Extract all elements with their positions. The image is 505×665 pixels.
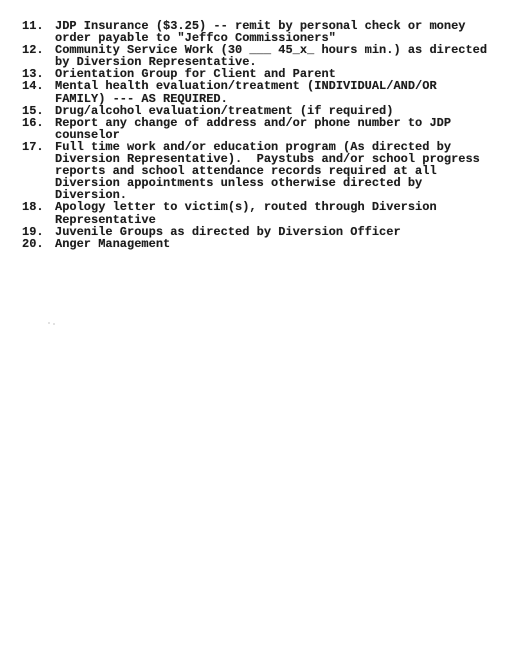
list-item: 16. Report any change of address and/or … — [22, 117, 497, 141]
list-item: 14. Mental health evaluation/treatment (… — [22, 80, 497, 104]
item-text: Juvenile Groups as directed by Diversion… — [55, 226, 401, 238]
list-item: 19. Juvenile Groups as directed by Diver… — [22, 226, 497, 238]
item-number: 19. — [22, 226, 55, 238]
list-item: 20. Anger Management — [22, 238, 497, 250]
item-text: Community Service Work (30 ___ 45_x_ hou… — [55, 44, 487, 68]
item-number: 16. — [22, 117, 55, 129]
list-item: 17. Full time work and/or education prog… — [22, 141, 497, 201]
item-number: 14. — [22, 80, 55, 92]
list-item: 12. Community Service Work (30 ___ 45_x_… — [22, 44, 497, 68]
item-number: 17. — [22, 141, 55, 153]
item-text: Apology letter to victim(s), routed thro… — [55, 201, 437, 225]
scan-speckle-artifact — [48, 321, 56, 326]
item-number: 12. — [22, 44, 55, 56]
item-text: Report any change of address and/or phon… — [55, 117, 451, 141]
list-item: 11. JDP Insurance ($3.25) -- remit by pe… — [22, 20, 497, 44]
item-number: 18. — [22, 201, 55, 213]
item-text: Mental health evaluation/treatment (INDI… — [55, 80, 437, 104]
item-number: 15. — [22, 105, 55, 117]
item-text: Full time work and/or education program … — [55, 141, 480, 201]
list-item: 18. Apology letter to victim(s), routed … — [22, 201, 497, 225]
list-item: 15. Drug/alcohol evaluation/treatment (i… — [22, 105, 497, 117]
item-text: JDP Insurance ($3.25) -- remit by person… — [55, 20, 465, 44]
item-number: 20. — [22, 238, 55, 250]
document-page: 11. JDP Insurance ($3.25) -- remit by pe… — [0, 0, 505, 665]
item-number: 11. — [22, 20, 55, 32]
numbered-list: 11. JDP Insurance ($3.25) -- remit by pe… — [22, 20, 497, 250]
item-text: Drug/alcohol evaluation/treatment (if re… — [55, 105, 393, 117]
item-text: Anger Management — [55, 238, 170, 250]
